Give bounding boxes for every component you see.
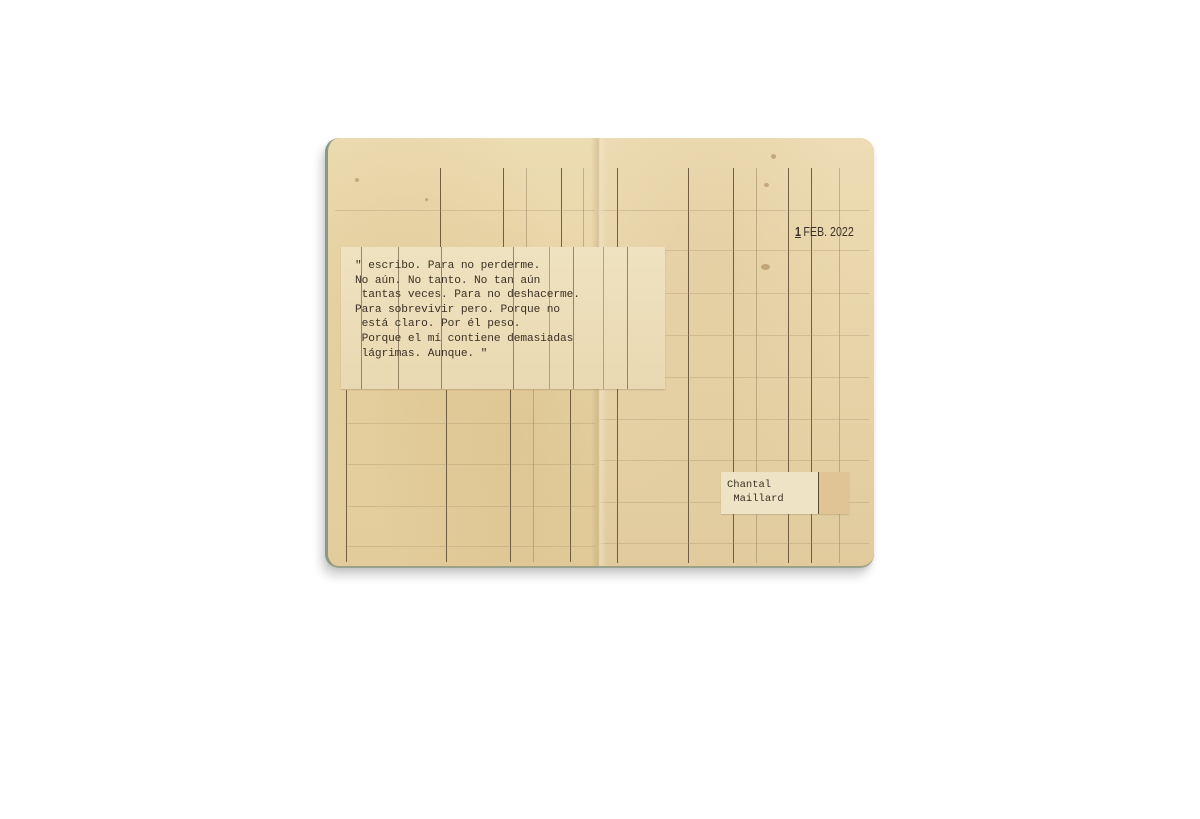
poem-line: tantas veces. Para no deshacerme. [355,289,580,301]
poem-line: No aún. No tanto. No tan aún [355,275,540,287]
poem-line: " escribo. Para no perderme. [355,260,540,272]
stamp-month-year: FEB. 2022 [803,224,853,239]
label-tab [818,472,849,514]
poem-line: Para sobrevivir pero. Porque no [355,304,560,316]
date-stamp: 1FEB. 2022 [795,224,854,239]
poem-line: Porque el mí contiene demasiadas [355,333,573,345]
stamp-day: 1 [795,224,801,239]
poem-line: lágrimas. Aunque. " [355,348,487,360]
open-notebook: " escribo. Para no perderme. No aún. No … [325,138,874,568]
poem-line: está claro. Por él peso. [355,318,520,330]
typewritten-poem: " escribo. Para no perderme. No aún. No … [355,259,580,361]
author-name-label: Chantal Maillard [721,472,849,514]
author-first-name: Chantal [727,479,771,491]
pasted-poem-slip: " escribo. Para no perderme. No aún. No … [341,247,665,389]
author-last-name: Maillard [733,493,783,505]
